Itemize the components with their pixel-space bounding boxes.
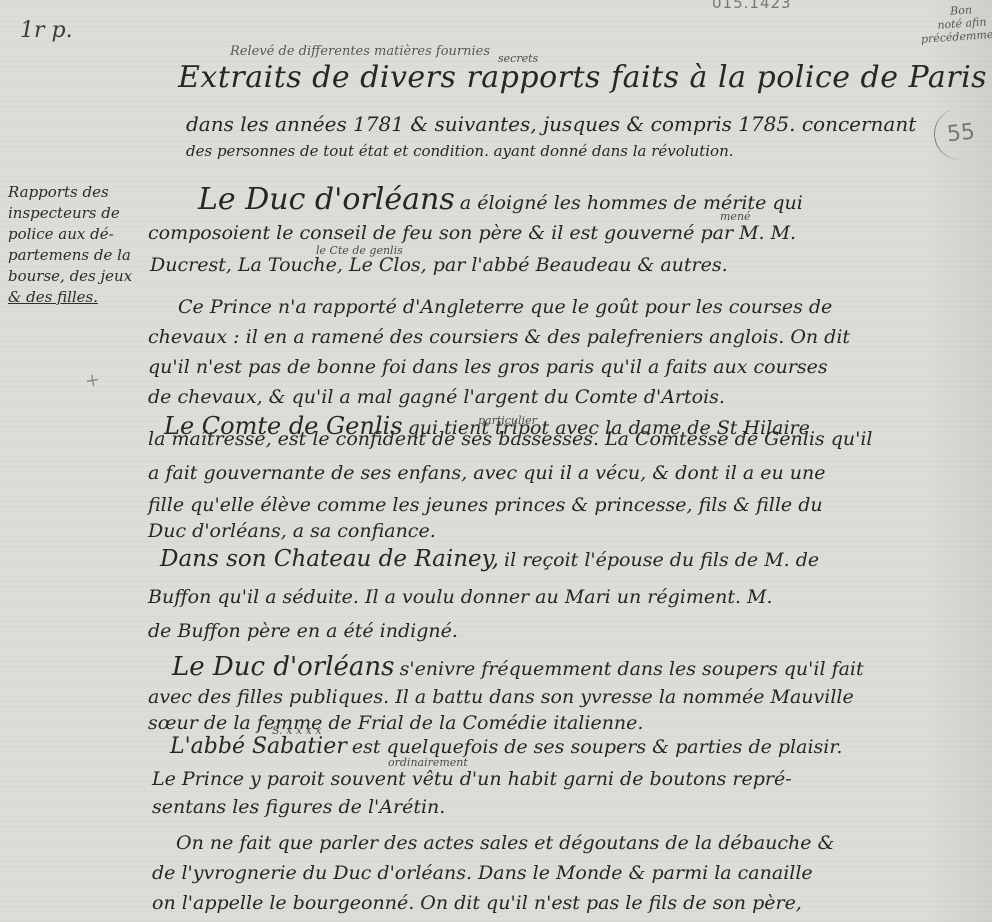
page-number: 55	[931, 105, 989, 162]
body-line: a fait gouvernante de ses enfans, avec q…	[148, 462, 826, 484]
body-line-text: est quelquefois de ses soupers & parties…	[352, 736, 843, 758]
margin-note-line: partemens de la	[8, 245, 132, 266]
body-line: Dans son Chateau de Rainey, il reçoit l'…	[160, 546, 819, 572]
margin-note-line: bourse, des jeux	[8, 266, 132, 287]
body-line: L'abbé Sabatier est quelquefois de ses s…	[170, 734, 842, 759]
body-line: qu'il n'est pas de bonne foi dans les gr…	[148, 356, 828, 378]
body-line: Ce Prince n'a rapporté d'Angleterre que …	[178, 296, 832, 318]
body-line-text: il reçoit l'épouse du fils de M. de	[504, 549, 819, 571]
body-line-heading: Le Duc d'orléans	[172, 652, 395, 682]
body-line: Le Duc d'orléans a éloigné les hommes de…	[198, 182, 803, 217]
margin-note-line: police aux dé-	[8, 224, 132, 245]
body-line: composoient le conseil de feu son père &…	[148, 222, 796, 244]
body-line: Le Duc d'orléans s'enivre fréquemment da…	[172, 652, 864, 682]
archive-reference: 015.1423	[712, 0, 792, 12]
faint-margin-mark: +	[83, 369, 102, 392]
body-line: de Buffon père en a été indigné.	[148, 620, 458, 642]
body-line: Buffon qu'il a séduite. Il a voulu donne…	[148, 586, 773, 608]
corner-annotation: Bon noté afin précédemment	[919, 1, 992, 46]
body-line: on l'appelle le bourgeonné. On dit qu'il…	[152, 892, 802, 914]
body-line: Ducrest, La Touche, Le Clos, par l'abbé …	[150, 254, 728, 276]
document-title: Extraits de divers rapports faits à la p…	[178, 60, 987, 95]
body-line: On ne fait que parler des actes sales et…	[176, 832, 834, 854]
body-line: la maîtresse, est le confident de ses ba…	[148, 428, 873, 450]
folio-number: 1r p.	[20, 18, 73, 43]
body-line-text: a éloigné les hommes de mérite qui	[460, 192, 803, 214]
body-line: avec des filles publiques. Il a battu da…	[148, 686, 854, 708]
body-line: de l'yvrognerie du Duc d'orléans. Dans l…	[152, 862, 813, 884]
body-line: de chevaux, & qu'il a mal gagné l'argent…	[148, 386, 725, 408]
body-line-heading: Le Duc d'orléans	[198, 182, 455, 217]
body-line: fille qu'elle élève comme les jeunes pri…	[148, 494, 823, 516]
body-line: Le Prince y paroit souvent vêtu d'un hab…	[152, 768, 792, 790]
body-line: sentans les figures de l'Arétin.	[152, 796, 445, 818]
body-line: sœur de la femme de Frial de la Comédie …	[148, 712, 643, 734]
margin-note: Rapports des inspecteurs de police aux d…	[8, 182, 132, 308]
title-interlinear-note: Relevé de differentes matières fournies	[230, 44, 490, 59]
body-line-text: s'enivre fréquemment dans les soupers qu…	[400, 658, 864, 680]
margin-note-line: Rapports des	[8, 182, 132, 203]
body-line-heading: L'abbé Sabatier	[170, 734, 347, 759]
body-line-heading: Dans son Chateau de Rainey,	[160, 546, 499, 572]
title-subline-2: des personnes de tout état et condition.…	[186, 142, 734, 160]
manuscript-page: 015.1423 1r p. Bon noté afin précédemmen…	[0, 0, 992, 922]
title-subline-1: dans les années 1781 & suivantes, jusque…	[186, 112, 916, 136]
body-line: Duc d'orléans, a sa confiance.	[148, 520, 436, 542]
margin-note-line: & des filles.	[8, 287, 132, 308]
margin-note-line: inspecteurs de	[8, 203, 132, 224]
body-line: chevaux : il en a ramené des coursiers &…	[148, 326, 850, 348]
interlinear-correction: particulier	[478, 414, 537, 427]
